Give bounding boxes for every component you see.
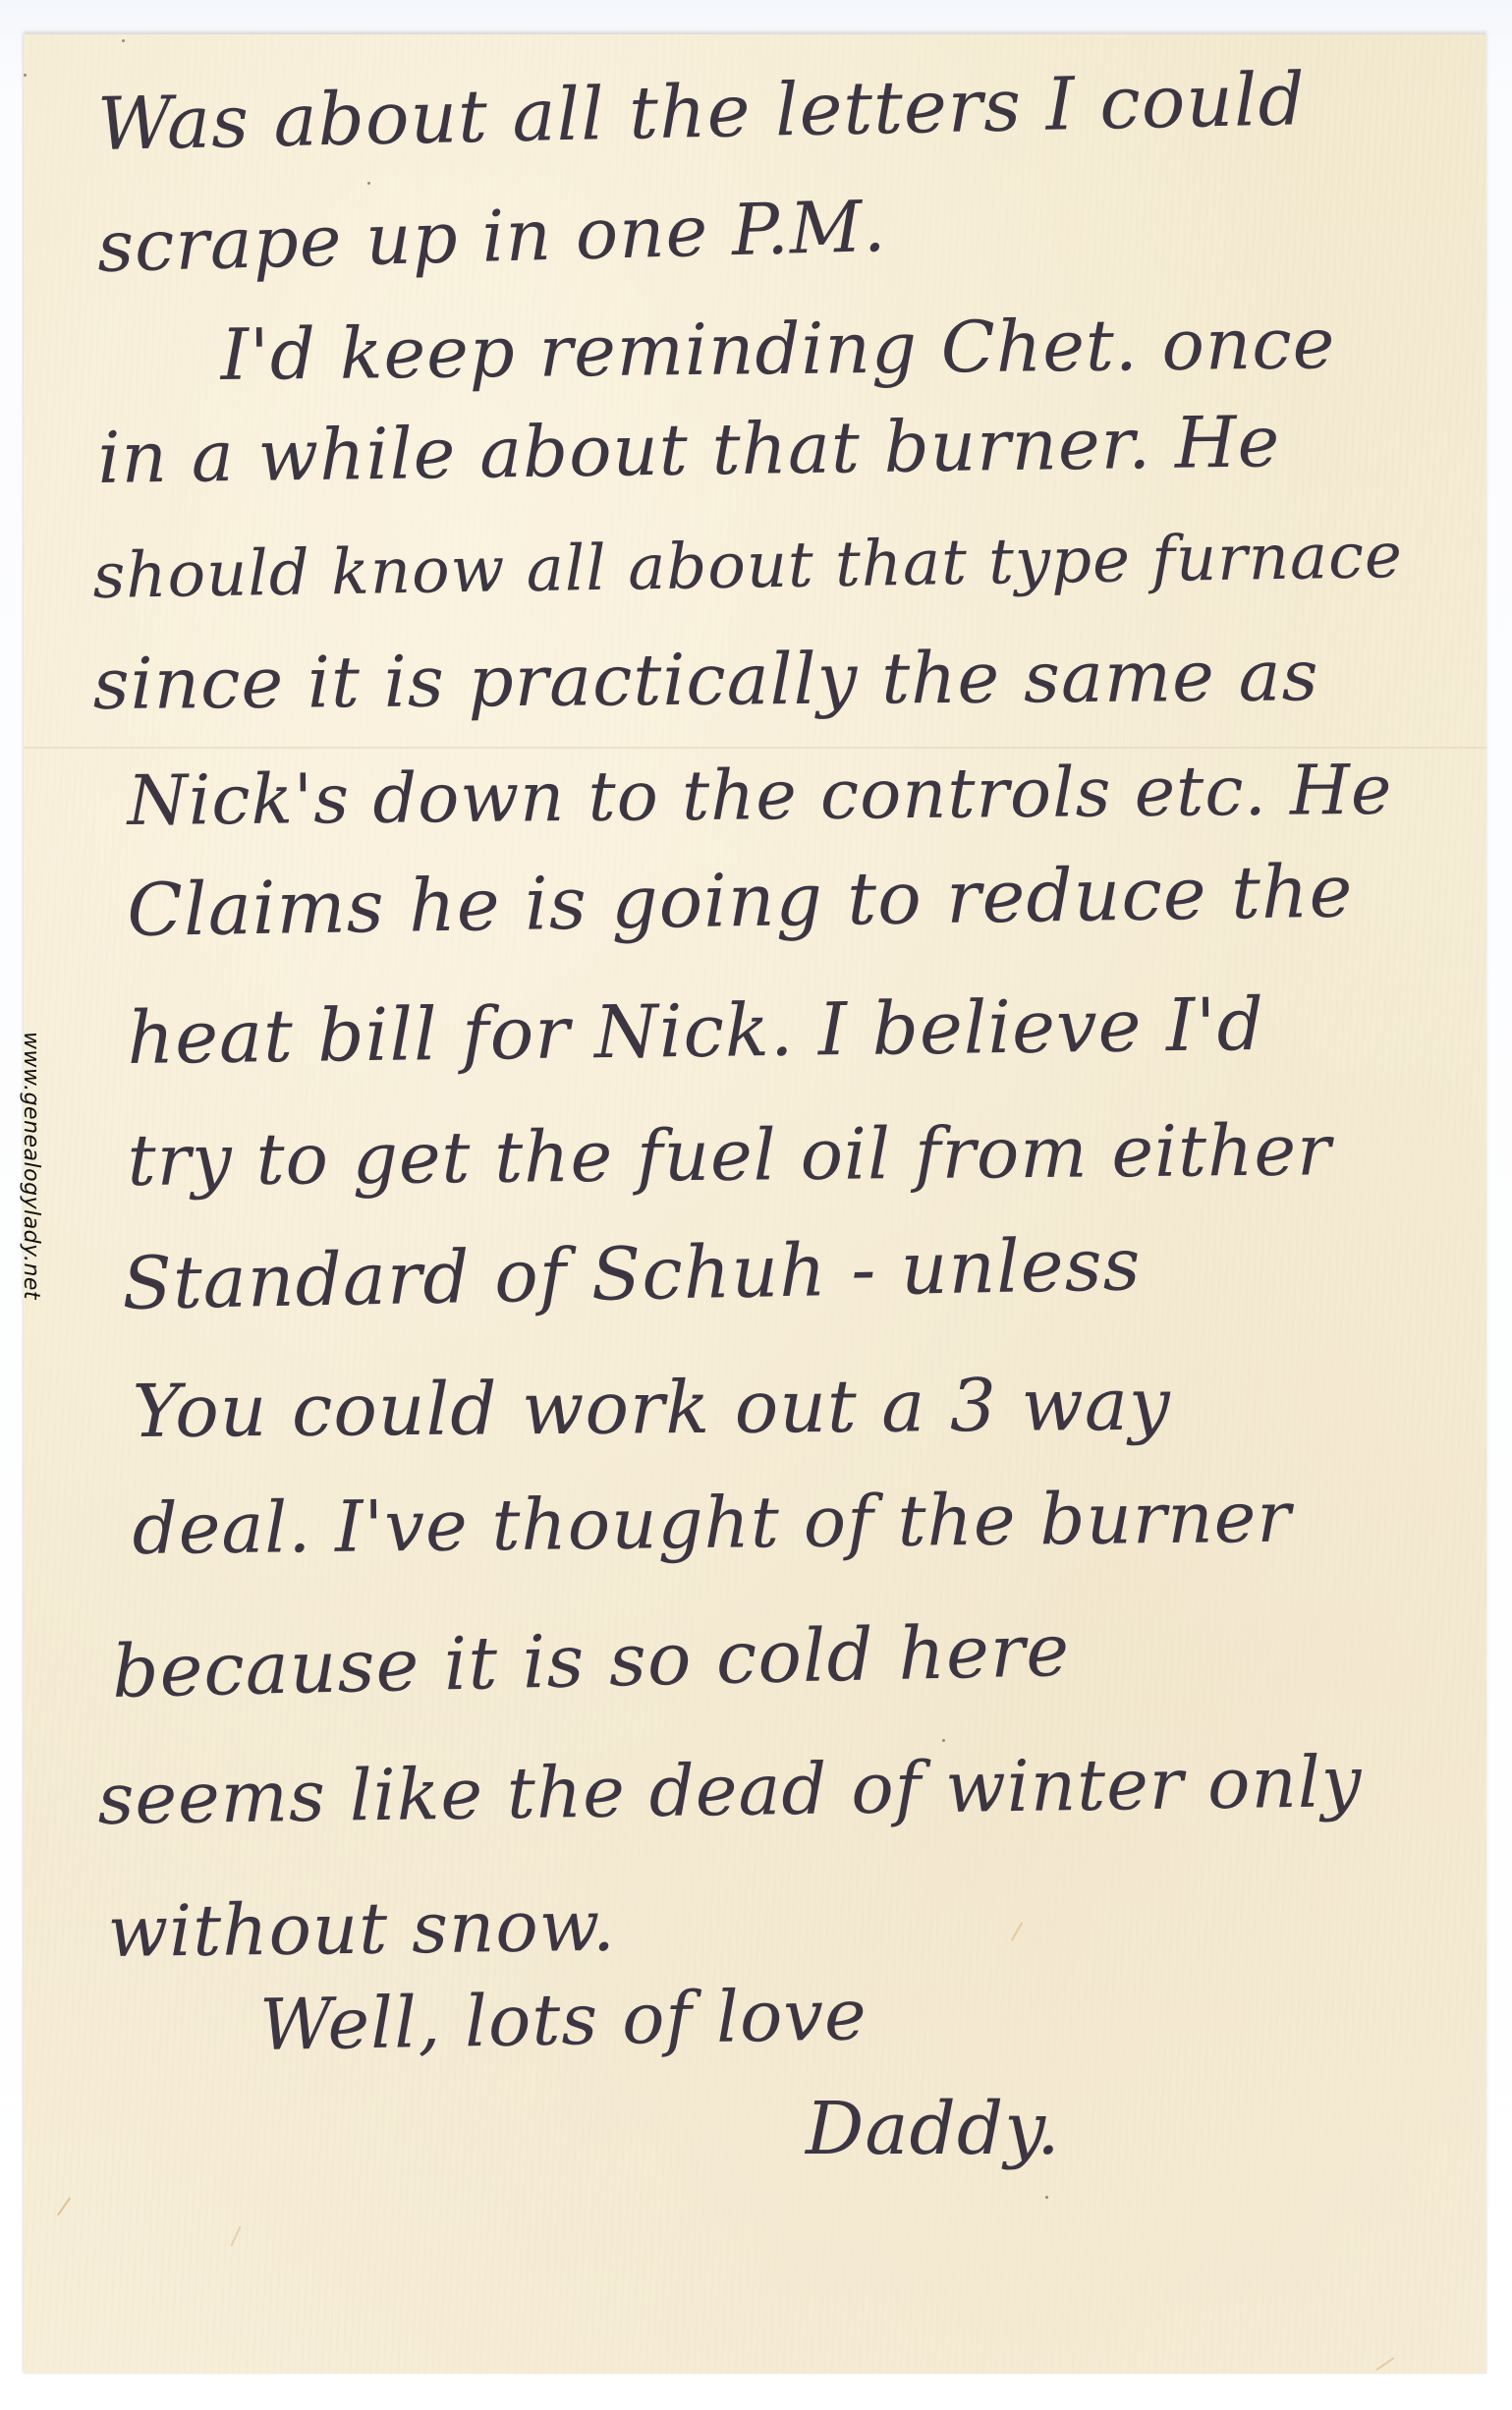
letter-line-5: should know all about that type furnace bbox=[92, 525, 1403, 608]
letter-line-11: Standard of Schuh - unless bbox=[122, 1228, 1143, 1320]
letter-line-13: deal. I've thought of the burner bbox=[132, 1482, 1292, 1564]
letter-signature: Daddy. bbox=[806, 2093, 1061, 2165]
handwritten-text-body: Was about all the letters I could scrape… bbox=[0, 0, 1512, 2410]
letter-closing: Well, lots of love bbox=[259, 1979, 868, 2060]
letter-line-7: Nick's down to the controls etc. He bbox=[127, 756, 1392, 835]
letter-line-9: heat bill for Nick. I believe I'd bbox=[127, 988, 1264, 1075]
letter-line-14: because it is so cold here bbox=[111, 1614, 1070, 1709]
letter-line-12: You could work out a 3 way bbox=[132, 1369, 1170, 1448]
letter-line-3: I'd keep reminding Chet. once bbox=[220, 308, 1335, 390]
letter-line-6: since it is practically the same as bbox=[92, 640, 1318, 719]
letter-line-1: Was about all the letters I could bbox=[96, 63, 1306, 161]
letter-line-16: without snow. bbox=[107, 1890, 616, 1967]
letter-line-8: Claims he is going to reduce the bbox=[127, 855, 1354, 947]
watermark-text: www.genealogylady.net bbox=[19, 1032, 43, 1300]
letter-line-4: in a while about that burner. He bbox=[97, 406, 1281, 493]
letter-line-15: seems like the dead of winter only bbox=[97, 1746, 1363, 1834]
letter-line-2: scrape up in one P.M. bbox=[96, 191, 887, 282]
website-watermark: www.genealogylady.net bbox=[14, 1032, 43, 1385]
letter-line-10: try to get the fuel oil from either bbox=[127, 1114, 1331, 1196]
